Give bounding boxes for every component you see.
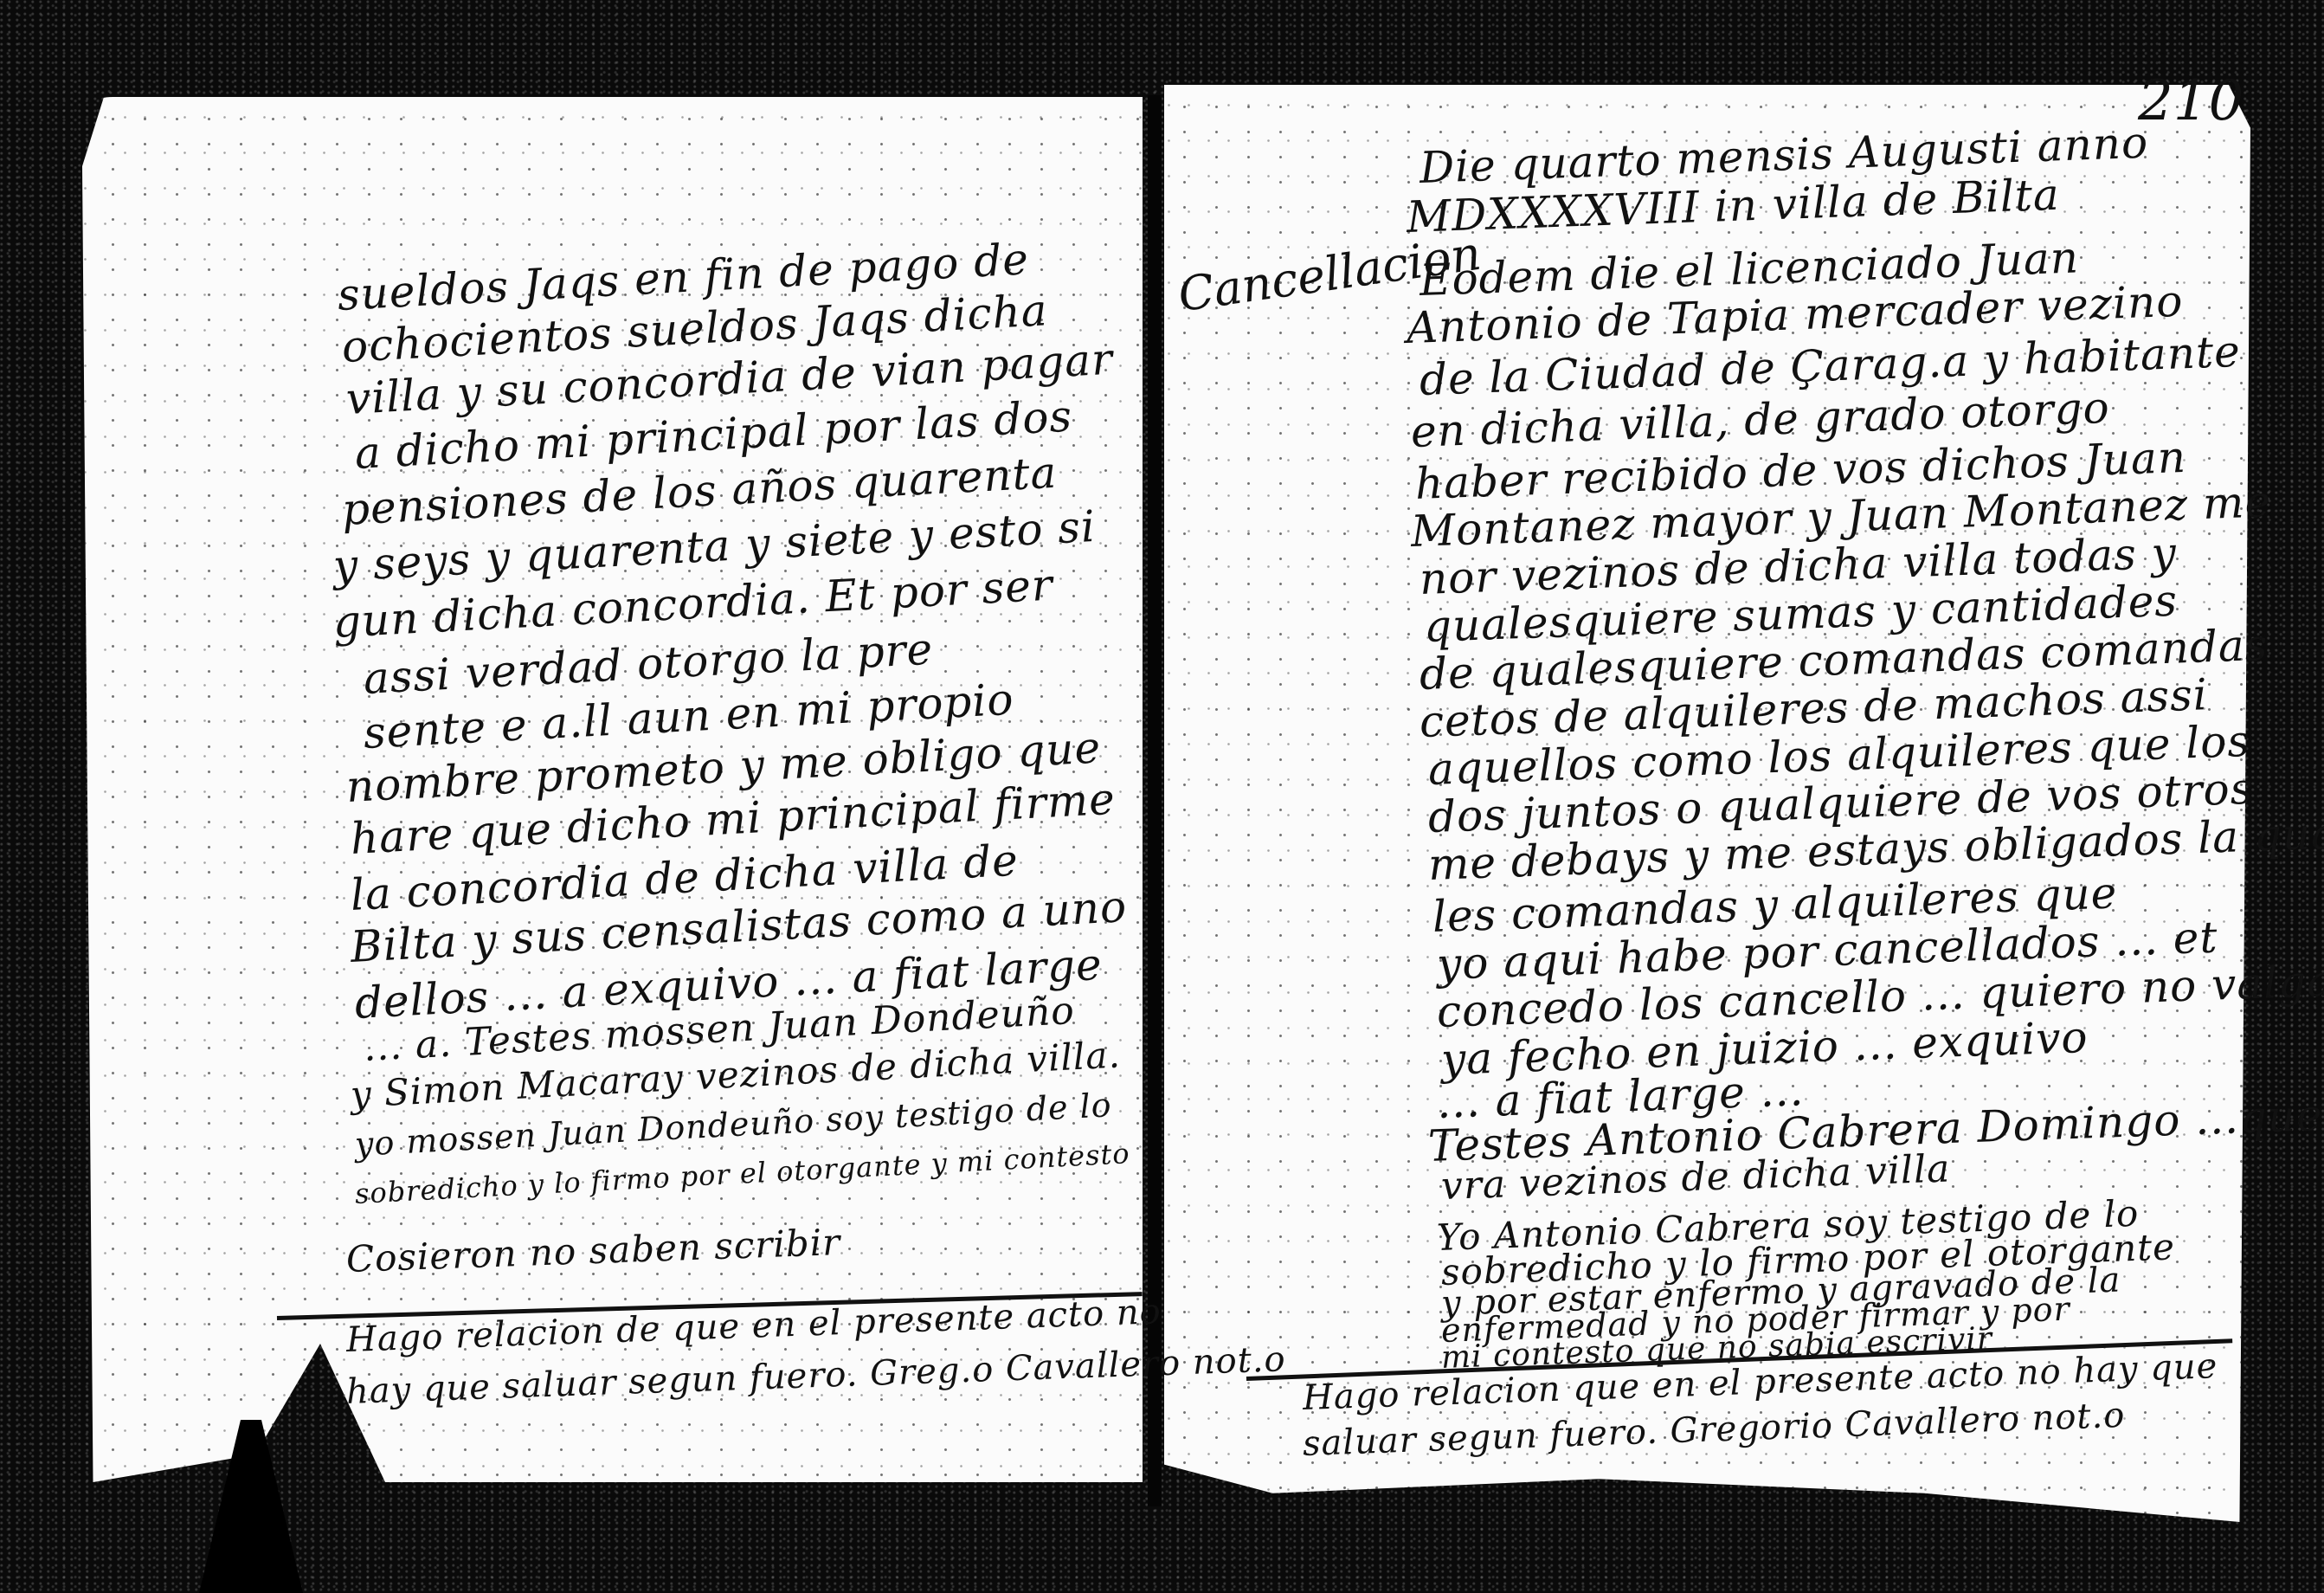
page-number: 210	[2138, 69, 2244, 133]
